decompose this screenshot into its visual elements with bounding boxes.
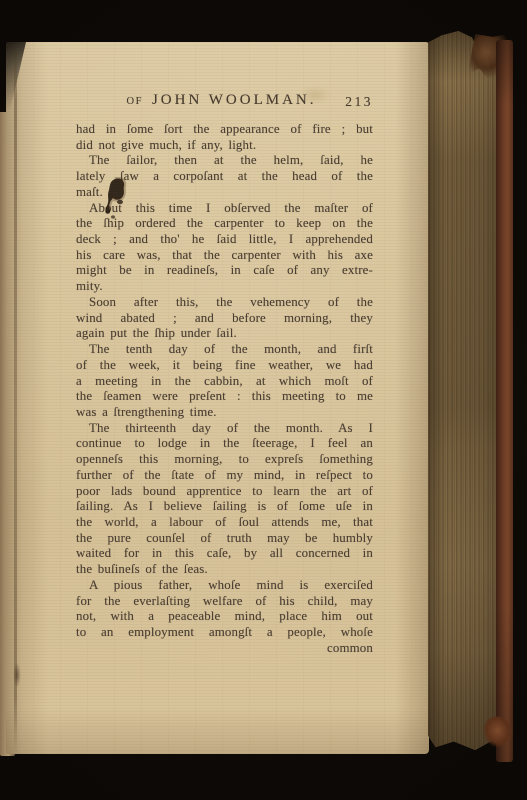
text-line: of the week, it being fine weather, we h…	[76, 358, 373, 374]
gutter-smudge	[12, 658, 22, 692]
text-line: poor lads bound apprentice to learn the …	[76, 484, 373, 500]
text-line: had in ſome ſort the appearance of fire …	[76, 122, 373, 138]
text-line: the world, a labour of ſoul attends me, …	[76, 515, 373, 531]
text-line: The tenth day of the month, and firſt	[76, 342, 373, 358]
book-cover-edge	[496, 40, 513, 762]
text-line: Soon after this, the vehemency of the	[76, 295, 373, 311]
catchword: common	[76, 641, 373, 657]
header-title: JOHN WOOLMAN.	[152, 92, 317, 108]
page-number: 213	[345, 94, 373, 110]
text-line: waited for in this caſe, by all concerne…	[76, 546, 373, 562]
text-line: a meeting in the cabbin, at which moſt o…	[76, 374, 373, 390]
ink-blot	[98, 177, 134, 221]
gutter-crease	[14, 42, 17, 754]
text-line: again put the ſhip under ſail.	[76, 326, 373, 342]
text-line: the ſeamen were preſent : this meeting t…	[76, 389, 373, 405]
text-line: mity.	[76, 279, 373, 295]
text-line: the buſineſs of the ſeas.	[76, 562, 373, 578]
running-header: OFJOHN WOOLMAN. 213	[76, 92, 373, 112]
text-line: the pure counſel of truth may be humbly	[76, 531, 373, 547]
header-title-line: OFJOHN WOOLMAN.	[76, 92, 367, 109]
book-page: OFJOHN WOOLMAN. 213 had in ſome ſort the…	[6, 42, 429, 754]
text-line: continue to lodge in the ſteerage, I fee…	[76, 436, 373, 452]
text-line: openneſs this morning, to expreſs ſometh…	[76, 452, 373, 468]
text-line: was a ſtrengthening time.	[76, 405, 373, 421]
text-line: might be in readineſs, in caſe of any ex…	[76, 263, 373, 279]
text-line: A pious father, whoſe mind is exerciſed	[76, 578, 373, 594]
header-prefix: OF	[127, 96, 143, 107]
text-line: The thirteenth day of the month. As I	[76, 421, 373, 437]
text-line: did not give much, if any, light.	[76, 138, 373, 154]
text-line: his care was, that the carpenter with hi…	[76, 248, 373, 264]
text-line: ſailing. As I believe ſailing is of ſome…	[76, 499, 373, 515]
text-line: The ſailor, then at the helm, ſaid, he	[76, 153, 373, 169]
scan-background: OFJOHN WOOLMAN. 213 had in ſome ſort the…	[0, 0, 527, 800]
text-line: to an employment amongſt a people, whoſe	[76, 625, 373, 641]
text-line: further of the ſtate of my mind, in reſp…	[76, 468, 373, 484]
text-line: deck ; and tho' he ſaid little, I appreh…	[76, 232, 373, 248]
fore-edge-page-stack	[428, 31, 504, 753]
text-line: wind abated ; and before morning, they	[76, 311, 373, 327]
text-line: for the everlaſting welfare of his child…	[76, 594, 373, 610]
text-line: not, with a peaceable mind, place him ou…	[76, 609, 373, 625]
